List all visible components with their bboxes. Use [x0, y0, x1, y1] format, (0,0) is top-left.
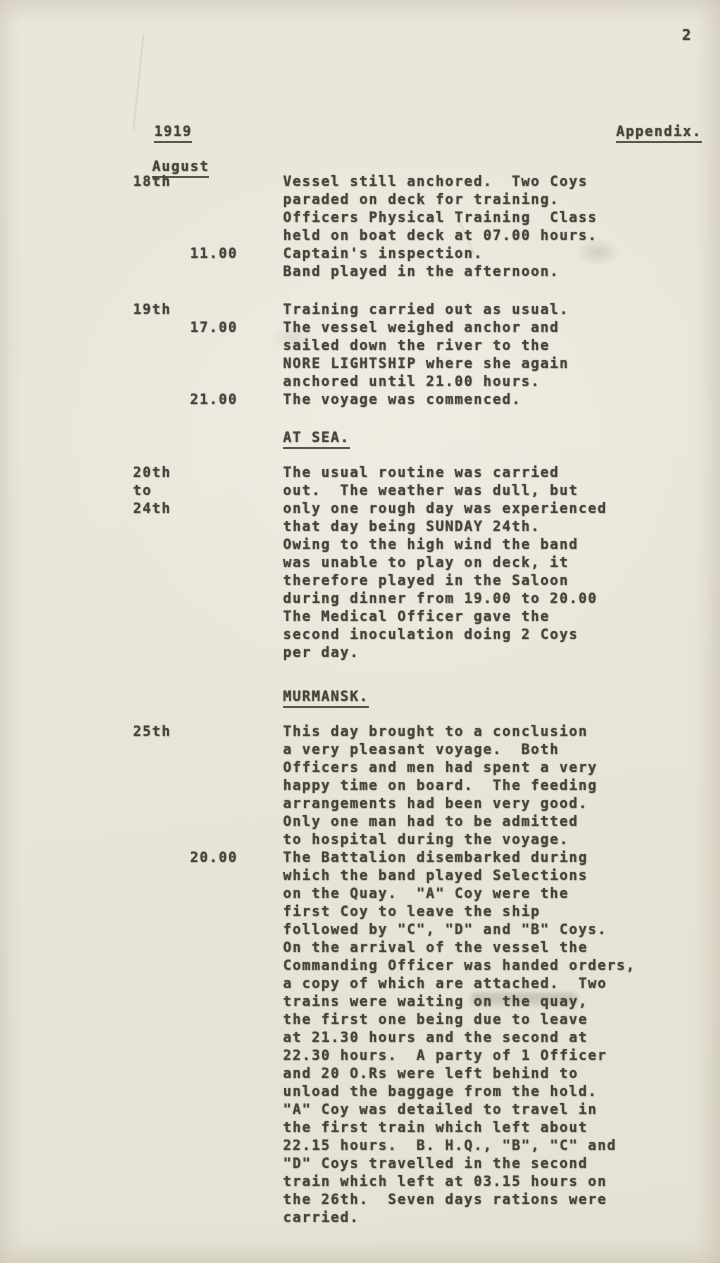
label-cell-empty — [133, 741, 283, 759]
label-cell: 11.00 — [133, 245, 283, 263]
diary-line: therefore played in the Saloon — [133, 572, 693, 590]
diary-entry: 19thTraining carried out as usual.17.00T… — [133, 301, 693, 409]
diary-line: Officers Physical Training Class — [133, 209, 693, 227]
entry-text: held on boat deck at 07.00 hours. — [283, 227, 693, 245]
year-heading-text: 1919 — [154, 124, 192, 143]
label-cell: 17.00 — [133, 319, 283, 337]
entry-text: the first one being due to leave — [283, 1011, 693, 1029]
label-cell-empty — [133, 885, 283, 903]
diary-line: and 20 O.Rs were left behind to — [133, 1065, 693, 1083]
diary-line: Owing to the high wind the band — [133, 536, 693, 554]
label-cell-empty — [133, 191, 283, 209]
entry-text: paraded on deck for training. — [283, 191, 693, 209]
entry-text: The Battalion disembarked during — [283, 849, 693, 867]
day-label: 18th — [133, 174, 171, 190]
entry-text: 22.30 hours. A party of 1 Officer — [283, 1047, 693, 1065]
label-cell-empty — [133, 1191, 283, 1209]
label-cell-empty — [133, 1101, 283, 1119]
label-cell-empty — [133, 572, 283, 590]
entry-text: carried. — [283, 1209, 693, 1227]
entry-text: Only one man had to be admitted — [283, 813, 693, 831]
entry-text: "A" Coy was detailed to travel in — [283, 1101, 693, 1119]
label-cell-empty — [133, 1209, 283, 1227]
entry-text: Vessel still anchored. Two Coys — [283, 173, 693, 191]
diary-line: Only one man had to be admitted — [133, 813, 693, 831]
time-label: 20.00 — [133, 849, 238, 867]
label-cell: 19th — [133, 301, 283, 319]
label-cell-empty — [133, 903, 283, 921]
label-cell-empty — [133, 831, 283, 849]
label-cell-empty — [133, 1173, 283, 1191]
label-cell-empty — [133, 1047, 283, 1065]
label-cell: 20.00 — [133, 849, 283, 867]
year-heading: 1919 — [135, 108, 192, 140]
diary-line: 11.00Captain's inspection. — [133, 245, 693, 263]
label-cell-empty — [133, 939, 283, 957]
day-label: 19th — [133, 302, 171, 318]
label-cell-empty — [133, 626, 283, 644]
label-cell-empty — [133, 608, 283, 626]
entry-text: that day being SUNDAY 24th. — [283, 518, 693, 536]
label-cell: 18th — [133, 173, 283, 191]
diary-line: per day. — [133, 644, 693, 662]
diary-line: happy time on board. The feeding — [133, 777, 693, 795]
diary-line: a copy of which are attached. Two — [133, 975, 693, 993]
label-cell-empty — [133, 759, 283, 777]
entry-text: which the band played Selections — [283, 867, 693, 885]
entry-text: per day. — [283, 644, 693, 662]
diary-line: at 21.30 hours and the second at — [133, 1029, 693, 1047]
diary-line: arrangements had been very good. — [133, 795, 693, 813]
diary-line: The Medical Officer gave the — [133, 608, 693, 626]
diary-line: Band played in the afternoon. — [133, 263, 693, 281]
diary-line: followed by "C", "D" and "B" Coys. — [133, 921, 693, 939]
entry-text: Captain's inspection. — [283, 245, 693, 263]
diary-line: was unable to play on deck, it — [133, 554, 693, 572]
diary-line: paraded on deck for training. — [133, 191, 693, 209]
entry-text: unload the baggage from the hold. — [283, 1083, 693, 1101]
entry-text: The voyage was commenced. — [283, 391, 693, 409]
entry-text: a copy of which are attached. Two — [283, 975, 693, 993]
entry-text: first Coy to leave the ship — [283, 903, 693, 921]
entry-text: Officers Physical Training Class — [283, 209, 693, 227]
diary-line: unload the baggage from the hold. — [133, 1083, 693, 1101]
label-cell-empty — [133, 1065, 283, 1083]
entry-text: only one rough day was experienced — [283, 500, 693, 518]
entry-text: arrangements had been very good. — [283, 795, 693, 813]
label-cell-empty — [133, 795, 283, 813]
entry-text: to hospital during the voyage. — [283, 831, 693, 849]
label-cell-empty — [133, 337, 283, 355]
diary-line: anchored until 21.00 hours. — [133, 373, 693, 391]
diary-line: 17.00The vessel weighed anchor and — [133, 319, 693, 337]
day-label: 20th — [133, 465, 171, 481]
appendix-heading: Appendix. — [597, 108, 702, 140]
label-cell: to — [133, 482, 283, 500]
section-heading-text: MURMANSK. — [283, 689, 369, 708]
entry-text: the first train which left about — [283, 1119, 693, 1137]
diary-line: 24thonly one rough day was experienced — [133, 500, 693, 518]
diary-line: during dinner from 19.00 to 20.00 — [133, 590, 693, 608]
entry-text: anchored until 21.00 hours. — [283, 373, 693, 391]
label-cell-empty — [133, 227, 283, 245]
entry-text: during dinner from 19.00 to 20.00 — [283, 590, 693, 608]
label-cell-empty — [133, 777, 283, 795]
label-cell: 20th — [133, 464, 283, 482]
appendix-heading-text: Appendix. — [616, 124, 702, 143]
time-label: 11.00 — [133, 245, 238, 263]
entry-text: sailed down the river to the — [283, 337, 693, 355]
label-cell-empty — [133, 867, 283, 885]
label-cell-empty — [133, 1119, 283, 1137]
diary-line: On the arrival of the vessel the — [133, 939, 693, 957]
entry-text: happy time on board. The feeding — [283, 777, 693, 795]
diary-line: Commanding Officer was handed orders, — [133, 957, 693, 975]
diary-line: that day being SUNDAY 24th. — [133, 518, 693, 536]
day-label: 25th — [133, 724, 171, 740]
label-cell-empty — [133, 975, 283, 993]
label-cell-empty — [133, 554, 283, 572]
entry-text: the 26th. Seven days rations were — [283, 1191, 693, 1209]
label-cell-empty — [133, 1011, 283, 1029]
label-cell-empty — [133, 1083, 283, 1101]
diary-line: sailed down the river to the — [133, 337, 693, 355]
diary-line: the first one being due to leave — [133, 1011, 693, 1029]
entry-text: followed by "C", "D" and "B" Coys. — [283, 921, 693, 939]
entry-text: trains were waiting on the quay, — [283, 993, 693, 1011]
diary-content: 18thVessel still anchored. Two Coysparad… — [133, 173, 693, 1247]
diary-line: NORE LIGHTSHIP where she again — [133, 355, 693, 373]
label-cell-empty — [133, 536, 283, 554]
diary-line: the first train which left about — [133, 1119, 693, 1137]
entry-text: The Medical Officer gave the — [283, 608, 693, 626]
entry-text: out. The weather was dull, but — [283, 482, 693, 500]
diary-line: trains were waiting on the quay, — [133, 993, 693, 1011]
diary-line: 20.00The Battalion disembarked during — [133, 849, 693, 867]
diary-line: which the band played Selections — [133, 867, 693, 885]
diary-line: first Coy to leave the ship — [133, 903, 693, 921]
entry-text: a very pleasant voyage. Both — [283, 741, 693, 759]
diary-line: held on boat deck at 07.00 hours. — [133, 227, 693, 245]
section-heading: AT SEA. — [283, 429, 693, 447]
entry-text: therefore played in the Saloon — [283, 572, 693, 590]
entry-text: at 21.30 hours and the second at — [283, 1029, 693, 1047]
label-cell: 24th — [133, 500, 283, 518]
diary-line: the 26th. Seven days rations were — [133, 1191, 693, 1209]
label-cell-empty — [133, 993, 283, 1011]
diary-line: Officers and men had spent a very — [133, 759, 693, 777]
section-heading-text: AT SEA. — [283, 430, 350, 449]
label-cell-empty — [133, 957, 283, 975]
entry-text: NORE LIGHTSHIP where she again — [283, 355, 693, 373]
label-cell-empty — [133, 263, 283, 281]
entry-text: "D" Coys travelled in the second — [283, 1155, 693, 1173]
label-cell: 21.00 — [133, 391, 283, 409]
section-heading: MURMANSK. — [283, 688, 693, 706]
diary-entry: 20thThe usual routine was carriedtoout. … — [133, 464, 693, 662]
diary-line: a very pleasant voyage. Both — [133, 741, 693, 759]
diary-line: to hospital during the voyage. — [133, 831, 693, 849]
entry-text: Owing to the high wind the band — [283, 536, 693, 554]
entry-text: was unable to play on deck, it — [283, 554, 693, 572]
entry-text: The vessel weighed anchor and — [283, 319, 693, 337]
label-cell-empty — [133, 921, 283, 939]
time-label: 17.00 — [133, 319, 238, 337]
label-cell-empty — [133, 209, 283, 227]
month-heading: August — [133, 143, 209, 175]
entry-text: Band played in the afternoon. — [283, 263, 693, 281]
entry-text: and 20 O.Rs were left behind to — [283, 1065, 693, 1083]
entry-text: 22.15 hours. B. H.Q., "B", "C" and — [283, 1137, 693, 1155]
diary-line: carried. — [133, 1209, 693, 1227]
diary-line: 20thThe usual routine was carried — [133, 464, 693, 482]
entry-text: second inoculation doing 2 Coys — [283, 626, 693, 644]
diary-line: toout. The weather was dull, but — [133, 482, 693, 500]
label-cell-empty — [133, 644, 283, 662]
diary-line: 21.00The voyage was commenced. — [133, 391, 693, 409]
entry-text: on the Quay. "A" Coy were the — [283, 885, 693, 903]
diary-line: 22.30 hours. A party of 1 Officer — [133, 1047, 693, 1065]
entry-text: This day brought to a conclusion — [283, 723, 693, 741]
diary-line: "A" Coy was detailed to travel in — [133, 1101, 693, 1119]
diary-line: on the Quay. "A" Coy were the — [133, 885, 693, 903]
page-number: 2 — [682, 26, 692, 44]
diary-line: train which left at 03.15 hours on — [133, 1173, 693, 1191]
entry-text: Commanding Officer was handed orders, — [283, 957, 693, 975]
label-cell: 25th — [133, 723, 283, 741]
diary-line: second inoculation doing 2 Coys — [133, 626, 693, 644]
label-cell-empty — [133, 1137, 283, 1155]
entry-text: The usual routine was carried — [283, 464, 693, 482]
entry-text: train which left at 03.15 hours on — [283, 1173, 693, 1191]
label-cell-empty — [133, 813, 283, 831]
label-cell-empty — [133, 590, 283, 608]
diary-line: 22.15 hours. B. H.Q., "B", "C" and — [133, 1137, 693, 1155]
label-cell-empty — [133, 373, 283, 391]
day-label: to — [133, 483, 152, 499]
day-label: 24th — [133, 501, 171, 517]
label-cell-empty — [133, 1029, 283, 1047]
diary-entry: 25thThis day brought to a conclusiona ve… — [133, 723, 693, 1227]
label-cell-empty — [133, 518, 283, 536]
diary-line: 25thThis day brought to a conclusion — [133, 723, 693, 741]
diary-entry: 18thVessel still anchored. Two Coysparad… — [133, 173, 693, 281]
diary-line: "D" Coys travelled in the second — [133, 1155, 693, 1173]
diary-line: 19thTraining carried out as usual. — [133, 301, 693, 319]
time-label: 21.00 — [133, 391, 238, 409]
diary-line: 18thVessel still anchored. Two Coys — [133, 173, 693, 191]
entry-text: On the arrival of the vessel the — [283, 939, 693, 957]
entry-text: Officers and men had spent a very — [283, 759, 693, 777]
label-cell-empty — [133, 355, 283, 373]
entry-text: Training carried out as usual. — [283, 301, 693, 319]
label-cell-empty — [133, 1155, 283, 1173]
